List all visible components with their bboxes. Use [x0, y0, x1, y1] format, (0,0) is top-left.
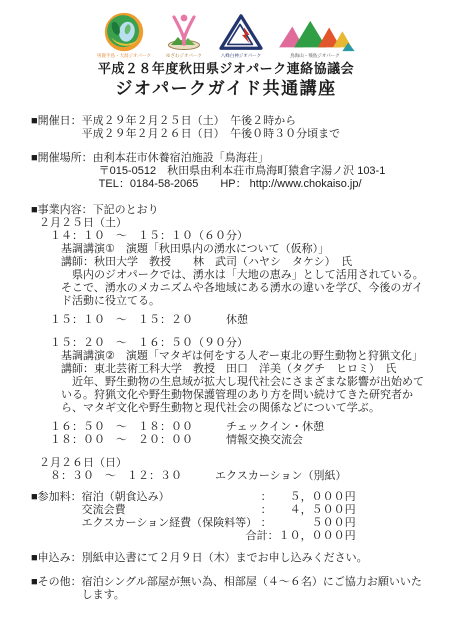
program-day1-date: ２月２５日（土） [39, 217, 436, 230]
fee-item: 交流会費 [82, 504, 261, 517]
venue-address: 〒015-0512 秋田県由利本荘市鳥海町猿倉字湯ノ沢 103-1 [93, 165, 386, 178]
logo-row: 男鹿半島・大潟ジオパーク ゆざわジオパーク 八峰白神ジオパーク [0, 0, 452, 58]
logo-caption-oga-ogata: 男鹿半島・大潟ジオパーク [97, 53, 151, 58]
fee-total-label: 合計： [246, 530, 279, 542]
fee-table: 宿泊（朝食込み） ： ５，０００円 交流会費 ： ４，５００円 エクスカーション… [82, 491, 356, 543]
logo-chokaisan-tobishima-geopark: 鳥海山・飛島ジオパーク [275, 19, 355, 58]
venue-name: 由利本荘市休養宿泊施設「鳥海荘」 [93, 152, 386, 165]
application-text: 別紙申込書にて２月９日（木）までお申し込みください。 [82, 552, 368, 565]
program-day2-date: ２月２６日（日） [39, 457, 436, 470]
section-event-date: ■開催日： 平成２９年２月２５日（土） 午後２時から 平成２９年２月２６日（日）… [31, 115, 436, 141]
other-label: ■その他： [31, 576, 82, 602]
document-title-line2: ジオパークガイド共通講座 [0, 79, 452, 99]
social-line: １８：００ ～ ２０：００ 情報交換交流会 [50, 434, 436, 447]
fee-row-party: 交流会費 ： ４，５００円 [82, 504, 356, 517]
fees-label: ■参加料： [31, 491, 82, 543]
slot2-description: 近年、野生動物の生息域が拡大し現代社会にさまざまな影響が出始めている。狩猟文化や… [61, 376, 425, 415]
application-label: ■申込み： [31, 552, 82, 565]
fee-row-lodging: 宿泊（朝食込み） ： ５，０００円 [82, 491, 356, 504]
checkin-line: １６：５０ ～ １８：００ チェックイン・休憩 [50, 421, 436, 434]
happo-shirakami-geopark-icon [217, 13, 265, 53]
fee-total-price: １０，０００円 [279, 530, 356, 542]
slot1-lecturer: 講師：秋田大学 教授 林 武司（ハヤシ タケシ） 氏 [61, 256, 436, 269]
slot2-title: 基調講演② 演題「マタギは何をする人ぞー東北の野生動物と狩猟文化」 [61, 350, 436, 363]
yuzawa-geopark-icon [161, 11, 207, 53]
fee-colon: ： [261, 504, 272, 517]
document-title-line1: 平成２８年度秋田県ジオパーク連絡協議会 [0, 61, 452, 77]
slot2-time: １５：２０ ～ １６：５０（９０分） [50, 337, 436, 350]
venue-contact: TEL：0184-58-2065 HP： http://www.chokaiso… [93, 178, 386, 191]
document-body: ■開催日： 平成２９年２月２５日（土） 午後２時から 平成２９年２月２６日（日）… [0, 115, 452, 602]
venue-label: ■開催場所： [31, 152, 93, 191]
slot1-description: 県内のジオパークでは、湧水は「大地の恵み」として活用されている。そこで、湧水のメ… [61, 269, 425, 308]
fee-row-excursion: エクスカーション経費（保険料等） ： ５００円 [82, 517, 356, 530]
slot2-lecturer: 講師：東北芸術工科大学 教授 田口 洋美（タグチ ヒロミ） 氏 [61, 363, 436, 376]
slot1-time: １４：１０ ～ １５：１０（６０分） [50, 230, 436, 243]
break-line: １５：１０ ～ １５：２０ 休憩 [50, 314, 436, 327]
fee-price: ５，０００円 [272, 491, 356, 504]
fee-item: 宿泊（朝食込み） [82, 491, 261, 504]
oga-ogata-geopark-icon [101, 11, 147, 53]
event-date-label: ■開催日： [31, 115, 82, 141]
fee-item: エクスカーション経費（保険料等） [82, 517, 261, 530]
chokaisan-tobishima-geopark-icon [275, 19, 355, 53]
logo-caption-yuzawa: ゆざわジオパーク [166, 53, 202, 58]
logo-caption-chokaisan-tobishima: 鳥海山・飛島ジオパーク [290, 53, 339, 58]
document-page: 男鹿半島・大潟ジオパーク ゆざわジオパーク 八峰白神ジオパーク [0, 0, 452, 626]
fee-price: ５００円 [272, 517, 356, 530]
fee-total-row: 合計：１０，０００円 [82, 530, 356, 543]
logo-happo-shirakami-geopark: 八峰白神ジオパーク [217, 13, 265, 58]
slot1-title: 基調講演① 演題「秋田県内の湧水について（仮称）」 [61, 243, 436, 256]
event-date-line2: 平成２９年２月２６日（日） 午後０時３０分頃まで [82, 128, 341, 141]
section-program: ■事業内容：下記のとおり ２月２５日（土） １４：１０ ～ １５：１０（６０分）… [31, 204, 436, 483]
fee-price: ４，５００円 [272, 504, 356, 517]
other-text: 宿泊シングル部屋が無い為、相部屋（４～６名）にご協力お願いいたします。 [82, 576, 426, 602]
section-fees: ■参加料： 宿泊（朝食込み） ： ５，０００円 交流会費 ： ４，５００円 エク… [31, 491, 436, 543]
program-heading: ■事業内容：下記のとおり [31, 204, 436, 217]
section-application: ■申込み： 別紙申込書にて２月９日（木）までお申し込みください。 [31, 552, 436, 565]
section-venue: ■開催場所： 由利本荘市休養宿泊施設「鳥海荘」 〒015-0512 秋田県由利本… [31, 152, 436, 191]
logo-yuzawa-geopark: ゆざわジオパーク [161, 11, 207, 58]
fee-colon: ： [261, 491, 272, 504]
logo-oga-ogata-geopark: 男鹿半島・大潟ジオパーク [97, 11, 151, 58]
event-date-line1: 平成２９年２月２５日（土） 午後２時から [82, 115, 341, 128]
excursion-line: ８：３０ ～ １２：３０ エクスカーション（別紙） [50, 470, 436, 483]
section-other: ■その他： 宿泊シングル部屋が無い為、相部屋（４～６名）にご協力お願いいたします… [31, 576, 436, 602]
fee-colon: ： [261, 517, 272, 530]
logo-caption-happo-shirakami: 八峰白神ジオパーク [221, 53, 261, 58]
